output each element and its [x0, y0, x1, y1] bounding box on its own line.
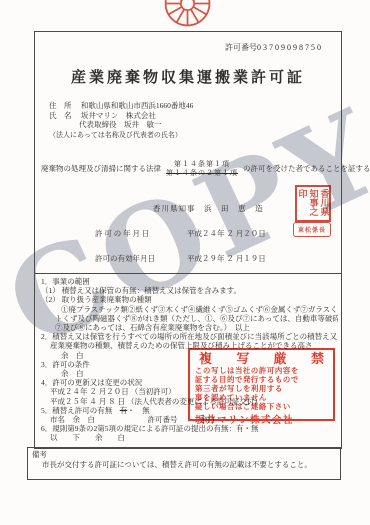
- copy-prohibited-stamp: 複 写 厳 禁 この写しは当社の許可内容を 証する目的で発行するもので 第三者が…: [188, 348, 335, 421]
- permit-date-row: 許 可 の 年 月 日 平成２４年 ２ 月２０日: [95, 228, 266, 239]
- scanned-permit-document: COPY 許可番号03709098750 産業廃棄物収集運搬業許可証 住 所 和…: [0, 0, 370, 525]
- stamp-title-char: 複: [199, 352, 212, 366]
- holder-address-row: 住 所 和歌山県和歌山市西浜1660番地46: [49, 101, 193, 111]
- body-line-part: ・ 無: [127, 406, 150, 415]
- stamp-title-char: 写: [236, 352, 249, 366]
- permit-dates: 許 可 の 年 月 日 平成２４年 ２ 月２０日 許可の有効年月日 平成２９年 …: [95, 228, 266, 278]
- valid-date-value: 平成２９年 ２ 月１９日: [187, 253, 266, 264]
- body-line: 2．積替え又は保管を行うすべての場所の所在地及び面積並びに当該場所ごとの積替え又…: [39, 332, 338, 341]
- holder-name-row: 氏 名 坂井マリン 株式会社: [49, 111, 193, 121]
- law-clause-active: 第１４条第１項: [174, 160, 230, 168]
- corporation-note: （法人にあっては名称及び代表者の氏名）: [49, 131, 193, 141]
- stamp-title-char: 厳: [274, 352, 287, 366]
- law-reference-line: 廃棄物の処理及び清掃に関する法律 第１４条第１項 第１４条の２第１項 の許可を受…: [41, 160, 337, 177]
- body-line: 以 下 余 白: [39, 433, 338, 442]
- law-clause-struck: 第１４条の２第１項: [166, 169, 238, 177]
- representative-row: 代表取締役 坂井 敏一: [49, 120, 193, 130]
- law-prefix: 廃棄物の処理及び清掃に関する法律: [41, 163, 161, 174]
- body-line: トくず及び陶磁器くず⑧がれき類（ただし、①、⑥及び⑦にあっては、自動車等破砕物を…: [39, 314, 338, 323]
- permit-number-value: 03709098750: [257, 43, 323, 52]
- permit-date-label: 許 可 の 年 月 日: [95, 228, 187, 239]
- remarks-label: 備考: [32, 450, 336, 460]
- law-suffix: の許可を受けた者であることを証する。: [243, 163, 370, 174]
- body-line: 1．事業の範囲: [39, 277, 338, 286]
- stamp-title-char: 禁: [311, 352, 324, 366]
- address-value: 和歌山県和歌山市西浜1660番地46: [81, 101, 194, 110]
- body-line-part: 5．積替え許可の有無: [41, 406, 120, 415]
- stamp-line: 証する目的で発行するもので: [195, 375, 328, 384]
- name-label: 氏 名: [49, 111, 79, 121]
- section-divider: [34, 273, 342, 274]
- permit-number-label: 許可番号: [225, 43, 257, 52]
- prefecture-emblem-seal-icon: [163, 0, 212, 28]
- holder-info: 住 所 和歌山県和歌山市西浜1660番地46 氏 名 坂井マリン 株式会社 代表…: [49, 101, 193, 140]
- address-label: 住 所: [49, 101, 79, 111]
- stamp-line: この写しは当社の許可内容を: [195, 366, 328, 375]
- remarks-text: 市長が交付する許可証については、積替え許可の有無の記載は不要とすること。: [32, 460, 336, 470]
- valid-date-label: 許可の有効年月日: [95, 253, 187, 264]
- section-chief-verification-seal: 東松係長: [293, 222, 331, 237]
- stamp-line: 疑しい場合はご連絡下さい: [195, 402, 328, 411]
- governor-official-seal: 香川県知事之印: [295, 185, 331, 222]
- body-line: （1） 積替え又は保管の有無：積替え又は保管を含みます。: [39, 286, 338, 295]
- governor-seal-text: 香川県知事之印: [297, 189, 330, 219]
- copy-prohibited-title: 複 写 厳 禁: [195, 352, 328, 366]
- stamp-line: 事を認めていません: [195, 393, 328, 402]
- remarks-box: 備考 市長が交付する許可証については、積替え許可の有無の記載は不要とすること。: [27, 447, 341, 480]
- valid-date-row: 許可の有効年月日 平成２９年 ２ 月１９日: [95, 253, 266, 264]
- body-line: ⑦及び⑧にあっては、石綿含有産業廃棄物を含む。） 以上: [39, 323, 338, 332]
- permit-date-value: 平成２４年 ２ 月２０日: [187, 228, 266, 239]
- body-line: ①廃プラスチック類②紙くず③木くず④繊維くず⑤ゴムくず⑥金属くず⑦ガラスくず、コ…: [39, 305, 338, 314]
- stamp-company-name: 坂井マリン株式会社: [195, 412, 328, 426]
- document-title: 産業廃棄物収集運搬業許可証: [35, 66, 341, 87]
- law-clauses: 第１４条第１項 第１４条の２第１項: [166, 160, 238, 177]
- name-value: 坂井マリン 株式会社: [81, 111, 156, 120]
- governor-name: 香川県知事 浜 田 恵 造: [153, 203, 264, 214]
- body-line: （2） 取り扱う産業廃棄物の種類: [39, 295, 338, 304]
- permit-number: 許可番号03709098750: [225, 42, 323, 53]
- stamp-line: 第三者が写しを利用する: [195, 384, 328, 393]
